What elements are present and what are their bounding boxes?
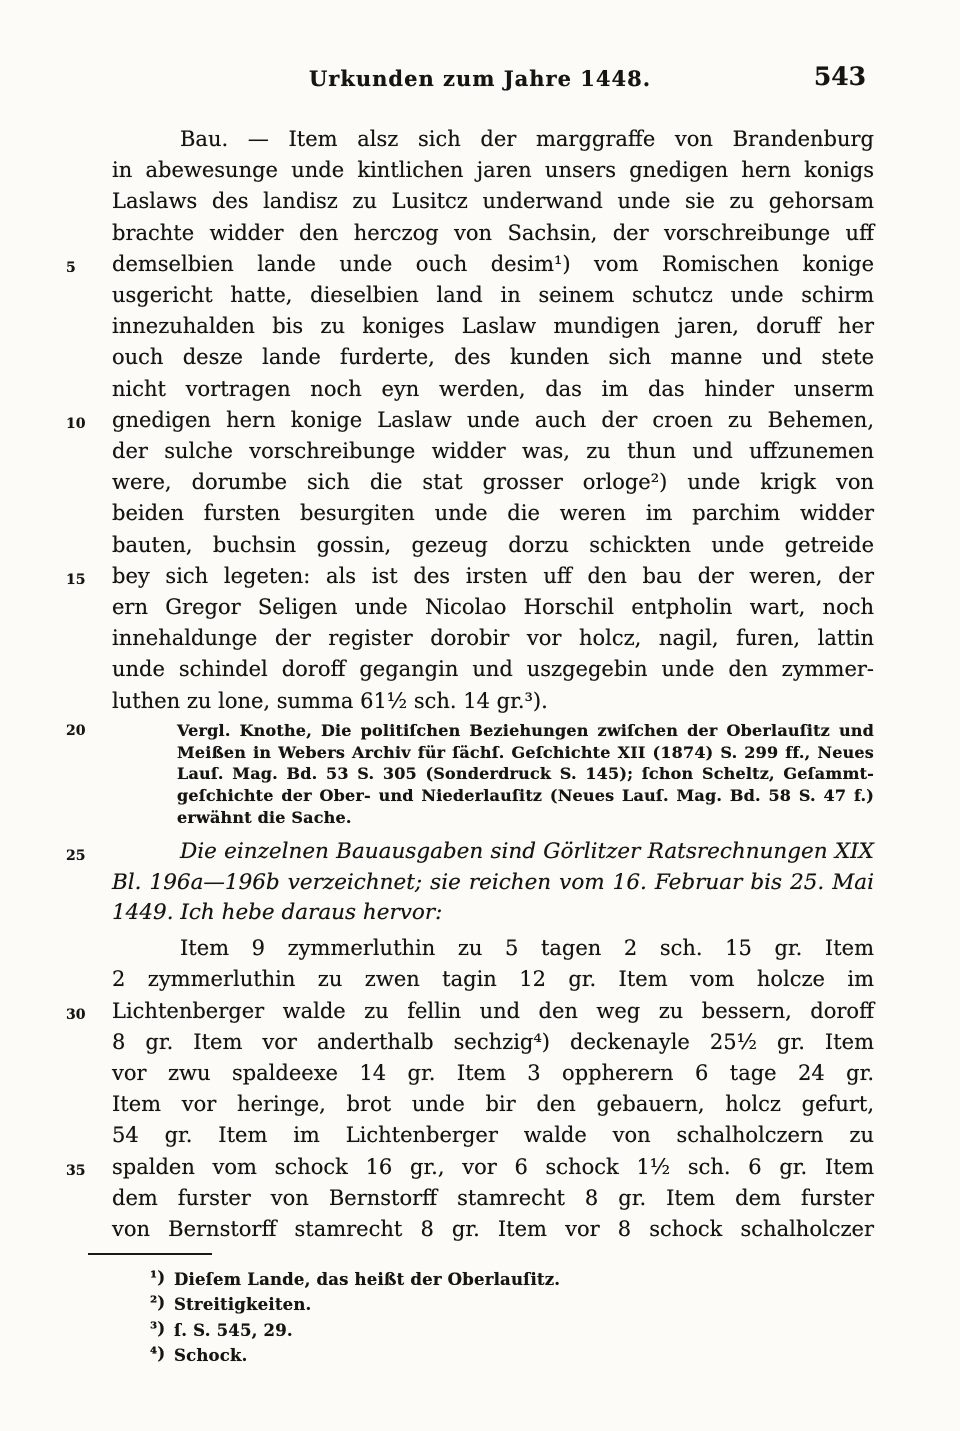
footnote-item: ⁴)Schock. bbox=[112, 1342, 874, 1367]
text-line: ern Gregor Seligen unde Nicolao Horschil… bbox=[112, 592, 874, 623]
text-line: Item 9 zymmerluthin zu 5 tagen 2 sch. 15… bbox=[112, 933, 874, 964]
text-line-content: demselbien lande unde ouch desim¹) vom R… bbox=[112, 252, 874, 276]
margin-line-number: 30 bbox=[66, 1000, 100, 1031]
footnote-text: ſ. S. 545, 29. bbox=[174, 1321, 293, 1340]
text-line-content: 2 zymmerluthin zu zwen tagin 12 gr. Item… bbox=[112, 967, 874, 991]
text-line: der sulche vorschreibunge widder was, zu… bbox=[112, 436, 874, 467]
text-line-content: in abewesunge unde kintlichen jaren unse… bbox=[112, 158, 874, 182]
text-line-content: luthen zu lone, summa 61½ sch. 14 gr.³). bbox=[112, 689, 548, 713]
text-line-content: brachte widder den herczog von Sachsin, … bbox=[112, 221, 874, 245]
text-line: 20Vergl. Knothe, Die politiſchen Beziehu… bbox=[177, 720, 874, 742]
text-line-content: unde schindel doroff gegangin und uszgeg… bbox=[112, 657, 874, 681]
text-line-content: Item 9 zymmerluthin zu 5 tagen 2 sch. 15… bbox=[180, 936, 874, 960]
paragraph-italic: 25Die einzelnen Bauausgaben sind Görlitz… bbox=[112, 837, 874, 929]
text-line-content: Item vor heringe, brot unde bir den geba… bbox=[112, 1092, 874, 1116]
margin-line-number: 35 bbox=[66, 1156, 100, 1187]
text-line-content: geſchichte der Ober- und Niederlauſitz (… bbox=[177, 786, 874, 805]
text-line-content: Meißen in Webers Archiv für ſächſ. Geſch… bbox=[177, 743, 874, 762]
text-line: Bau. — Item alsz sich der marggraffe von… bbox=[112, 124, 874, 155]
text-line: geſchichte der Ober- und Niederlauſitz (… bbox=[177, 785, 874, 807]
footnote-item: ²)Streitigkeiten. bbox=[112, 1291, 874, 1316]
margin-line-number: 25 bbox=[66, 841, 100, 872]
footnote-mark: ¹) bbox=[150, 1266, 174, 1289]
text-line-content: erwähnt die Sache. bbox=[177, 808, 352, 827]
text-line: 5demselbien lande unde ouch desim¹) vom … bbox=[112, 249, 874, 280]
footnote-item: ³)ſ. S. 545, 29. bbox=[112, 1317, 874, 1342]
margin-line-number: 15 bbox=[66, 565, 100, 596]
margin-line-number: 5 bbox=[66, 253, 100, 284]
text-line-content: Vergl. Knothe, Die politiſchen Beziehung… bbox=[177, 721, 874, 740]
margin-line-number: 20 bbox=[66, 721, 100, 743]
text-line: 30Lichtenberger walde zu fellin und den … bbox=[112, 996, 874, 1027]
text-line-content: Lichtenberger walde zu fellin und den we… bbox=[112, 999, 874, 1023]
text-line-content: usgericht hatte, dieselbien land in sein… bbox=[112, 283, 874, 307]
text-line-content: dem furster von Bernstorff stamrecht 8 g… bbox=[112, 1186, 874, 1210]
text-line-content: innezuhalden bis zu koniges Laslaw mundi… bbox=[112, 314, 874, 338]
text-line-content: Laslaws des landisz zu Lusitcz underwand… bbox=[112, 189, 874, 213]
text-line: 1449. Ich hebe daraus hervor: bbox=[112, 898, 874, 929]
text-line: unde schindel doroff gegangin und uszgeg… bbox=[112, 654, 874, 685]
text-line-content: Die einzelnen Bauausgaben sind Görlitzer… bbox=[180, 839, 874, 864]
footnote-text: Dieſem Lande, das heißt der Oberlauſitz. bbox=[174, 1270, 560, 1289]
text-line-content: vor zwu spaldeexe 14 gr. Item 3 oppherer… bbox=[112, 1061, 874, 1085]
footnote-item: ¹)Dieſem Lande, das heißt der Oberlauſit… bbox=[112, 1266, 874, 1291]
text-line: innehaldunge der register dorobir vor ho… bbox=[112, 623, 874, 654]
paragraph-fraktur: 20Vergl. Knothe, Die politiſchen Beziehu… bbox=[177, 720, 874, 829]
text-line: 25Die einzelnen Bauausgaben sind Görlitz… bbox=[112, 837, 874, 868]
text-line-content: ouch desze lande furderte, des kunden si… bbox=[112, 345, 874, 369]
footnote-separator bbox=[88, 1253, 212, 1255]
text-block: Bau. — Item alsz sich der marggraffe von… bbox=[112, 124, 874, 1245]
text-line: 2 zymmerluthin zu zwen tagin 12 gr. Item… bbox=[112, 964, 874, 995]
text-line-content: gnedigen hern konige Laslaw unde auch de… bbox=[112, 408, 874, 432]
text-line: Item vor heringe, brot unde bir den geba… bbox=[112, 1089, 874, 1120]
text-line: luthen zu lone, summa 61½ sch. 14 gr.³). bbox=[112, 686, 874, 717]
footnote-list: ¹)Dieſem Lande, das heißt der Oberlauſit… bbox=[112, 1253, 874, 1368]
footnotes-section: ¹)Dieſem Lande, das heißt der Oberlauſit… bbox=[112, 1253, 874, 1368]
book-page-scan: Urkunden zum Jahre 1448. 543 Bau. — Item… bbox=[0, 0, 960, 1431]
paragraph-roman: Bau. — Item alsz sich der marggraffe von… bbox=[112, 124, 874, 717]
text-line: brachte widder den herczog von Sachsin, … bbox=[112, 218, 874, 249]
text-line: were, dorumbe sich die stat grosser orlo… bbox=[112, 467, 874, 498]
text-line: 10gnedigen hern konige Laslaw unde auch … bbox=[112, 405, 874, 436]
text-line-content: 1449. Ich hebe daraus hervor: bbox=[112, 900, 442, 925]
text-line-content: von Bernstorff stamrecht 8 gr. Item vor … bbox=[112, 1217, 874, 1241]
margin-line-number: 10 bbox=[66, 409, 100, 440]
footnote-mark: ²) bbox=[150, 1291, 174, 1314]
text-line: beiden fursten besurgiten unde die weren… bbox=[112, 498, 874, 529]
footnote-mark: ³) bbox=[150, 1317, 174, 1340]
text-line-content: 54 gr. Item im Lichtenberger walde von s… bbox=[112, 1123, 874, 1147]
text-line-content: bey sich legeten: als ist des irsten uff… bbox=[112, 564, 874, 588]
text-line: nicht vortragen noch eyn werden, das im … bbox=[112, 374, 874, 405]
text-line: usgericht hatte, dieselbien land in sein… bbox=[112, 280, 874, 311]
text-line: erwähnt die Sache. bbox=[177, 807, 874, 829]
text-line: ouch desze lande furderte, des kunden si… bbox=[112, 342, 874, 373]
text-line: Laslaws des landisz zu Lusitcz underwand… bbox=[112, 186, 874, 217]
text-line-content: Bau. — Item alsz sich der marggraffe von… bbox=[180, 127, 874, 151]
text-line-content: were, dorumbe sich die stat grosser orlo… bbox=[112, 470, 874, 494]
text-line: Bl. 196a—196b verzeichnet; sie reichen v… bbox=[112, 868, 874, 899]
text-line: 54 gr. Item im Lichtenberger walde von s… bbox=[112, 1120, 874, 1151]
text-line: Lauſ. Mag. Bd. 53 S. 305 (Sonderdruck S.… bbox=[177, 763, 874, 785]
text-line-content: innehaldunge der register dorobir vor ho… bbox=[112, 626, 874, 650]
text-line: Meißen in Webers Archiv für ſächſ. Geſch… bbox=[177, 742, 874, 764]
text-line: 8 gr. Item vor anderthalb sechzig⁴) deck… bbox=[112, 1027, 874, 1058]
text-line-content: 8 gr. Item vor anderthalb sechzig⁴) deck… bbox=[112, 1030, 874, 1054]
text-line: von Bernstorff stamrecht 8 gr. Item vor … bbox=[112, 1214, 874, 1245]
text-line: in abewesunge unde kintlichen jaren unse… bbox=[112, 155, 874, 186]
text-line-content: der sulche vorschreibunge widder was, zu… bbox=[112, 439, 874, 463]
footnote-text: Schock. bbox=[174, 1346, 248, 1365]
text-line-content: spalden vom schock 16 gr., vor 6 schock … bbox=[112, 1155, 874, 1179]
footnote-text: Streitigkeiten. bbox=[174, 1295, 311, 1314]
text-line-content: Bl. 196a—196b verzeichnet; sie reichen v… bbox=[112, 870, 874, 895]
page-number: 543 bbox=[814, 62, 866, 91]
text-line: vor zwu spaldeexe 14 gr. Item 3 oppherer… bbox=[112, 1058, 874, 1089]
text-line-content: beiden fursten besurgiten unde die weren… bbox=[112, 501, 874, 525]
text-line: bauten, buchsin gossin, gezeug dorzu sch… bbox=[112, 530, 874, 561]
text-line-content: nicht vortragen noch eyn werden, das im … bbox=[112, 377, 874, 401]
text-line-content: ern Gregor Seligen unde Nicolao Horschil… bbox=[112, 595, 874, 619]
text-line-content: Lauſ. Mag. Bd. 53 S. 305 (Sonderdruck S.… bbox=[177, 764, 874, 783]
text-line: innezuhalden bis zu koniges Laslaw mundi… bbox=[112, 311, 874, 342]
text-line: 15bey sich legeten: als ist des irsten u… bbox=[112, 561, 874, 592]
paragraph-roman: Item 9 zymmerluthin zu 5 tagen 2 sch. 15… bbox=[112, 933, 874, 1245]
text-line: 35spalden vom schock 16 gr., vor 6 schoc… bbox=[112, 1152, 874, 1183]
footnote-mark: ⁴) bbox=[150, 1342, 174, 1365]
text-line: dem furster von Bernstorff stamrecht 8 g… bbox=[112, 1183, 874, 1214]
text-line-content: bauten, buchsin gossin, gezeug dorzu sch… bbox=[112, 533, 874, 557]
